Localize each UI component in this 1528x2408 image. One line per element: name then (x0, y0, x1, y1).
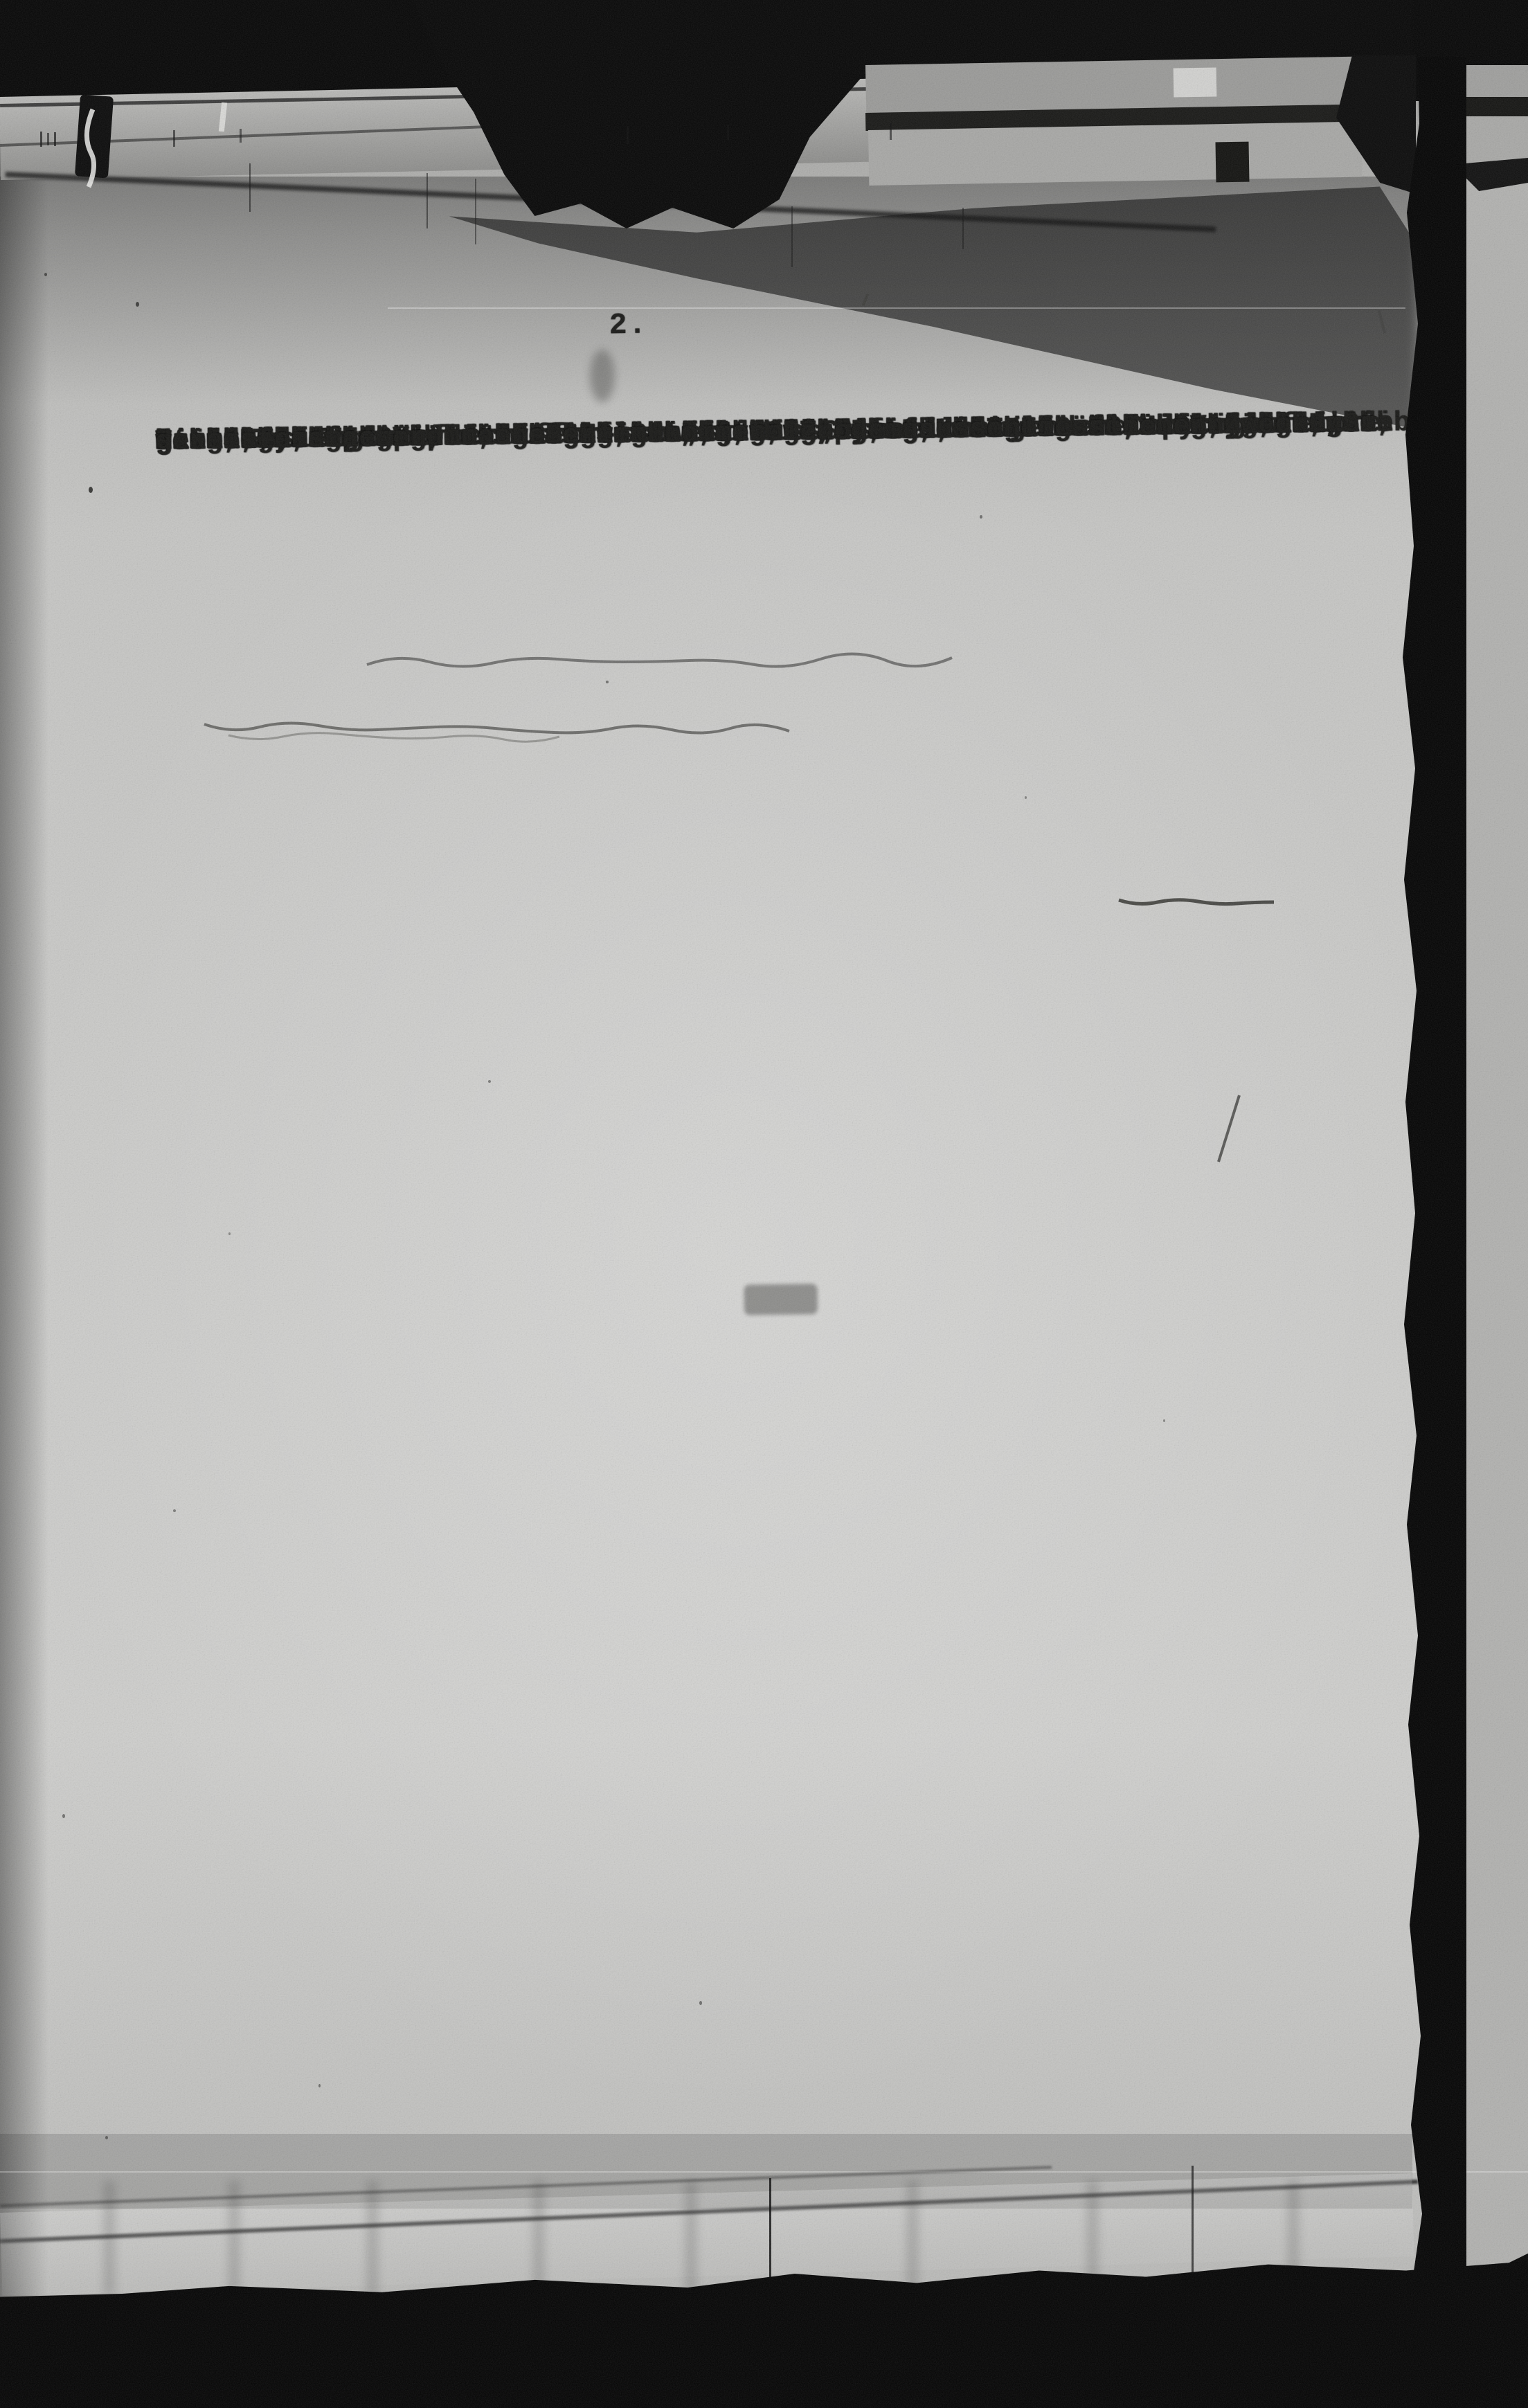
scanned-letter-page: 2. Mr. Grey's Engagement in Milwaukee is… (0, 0, 1528, 2408)
film-grain-overlay (0, 0, 1528, 2408)
